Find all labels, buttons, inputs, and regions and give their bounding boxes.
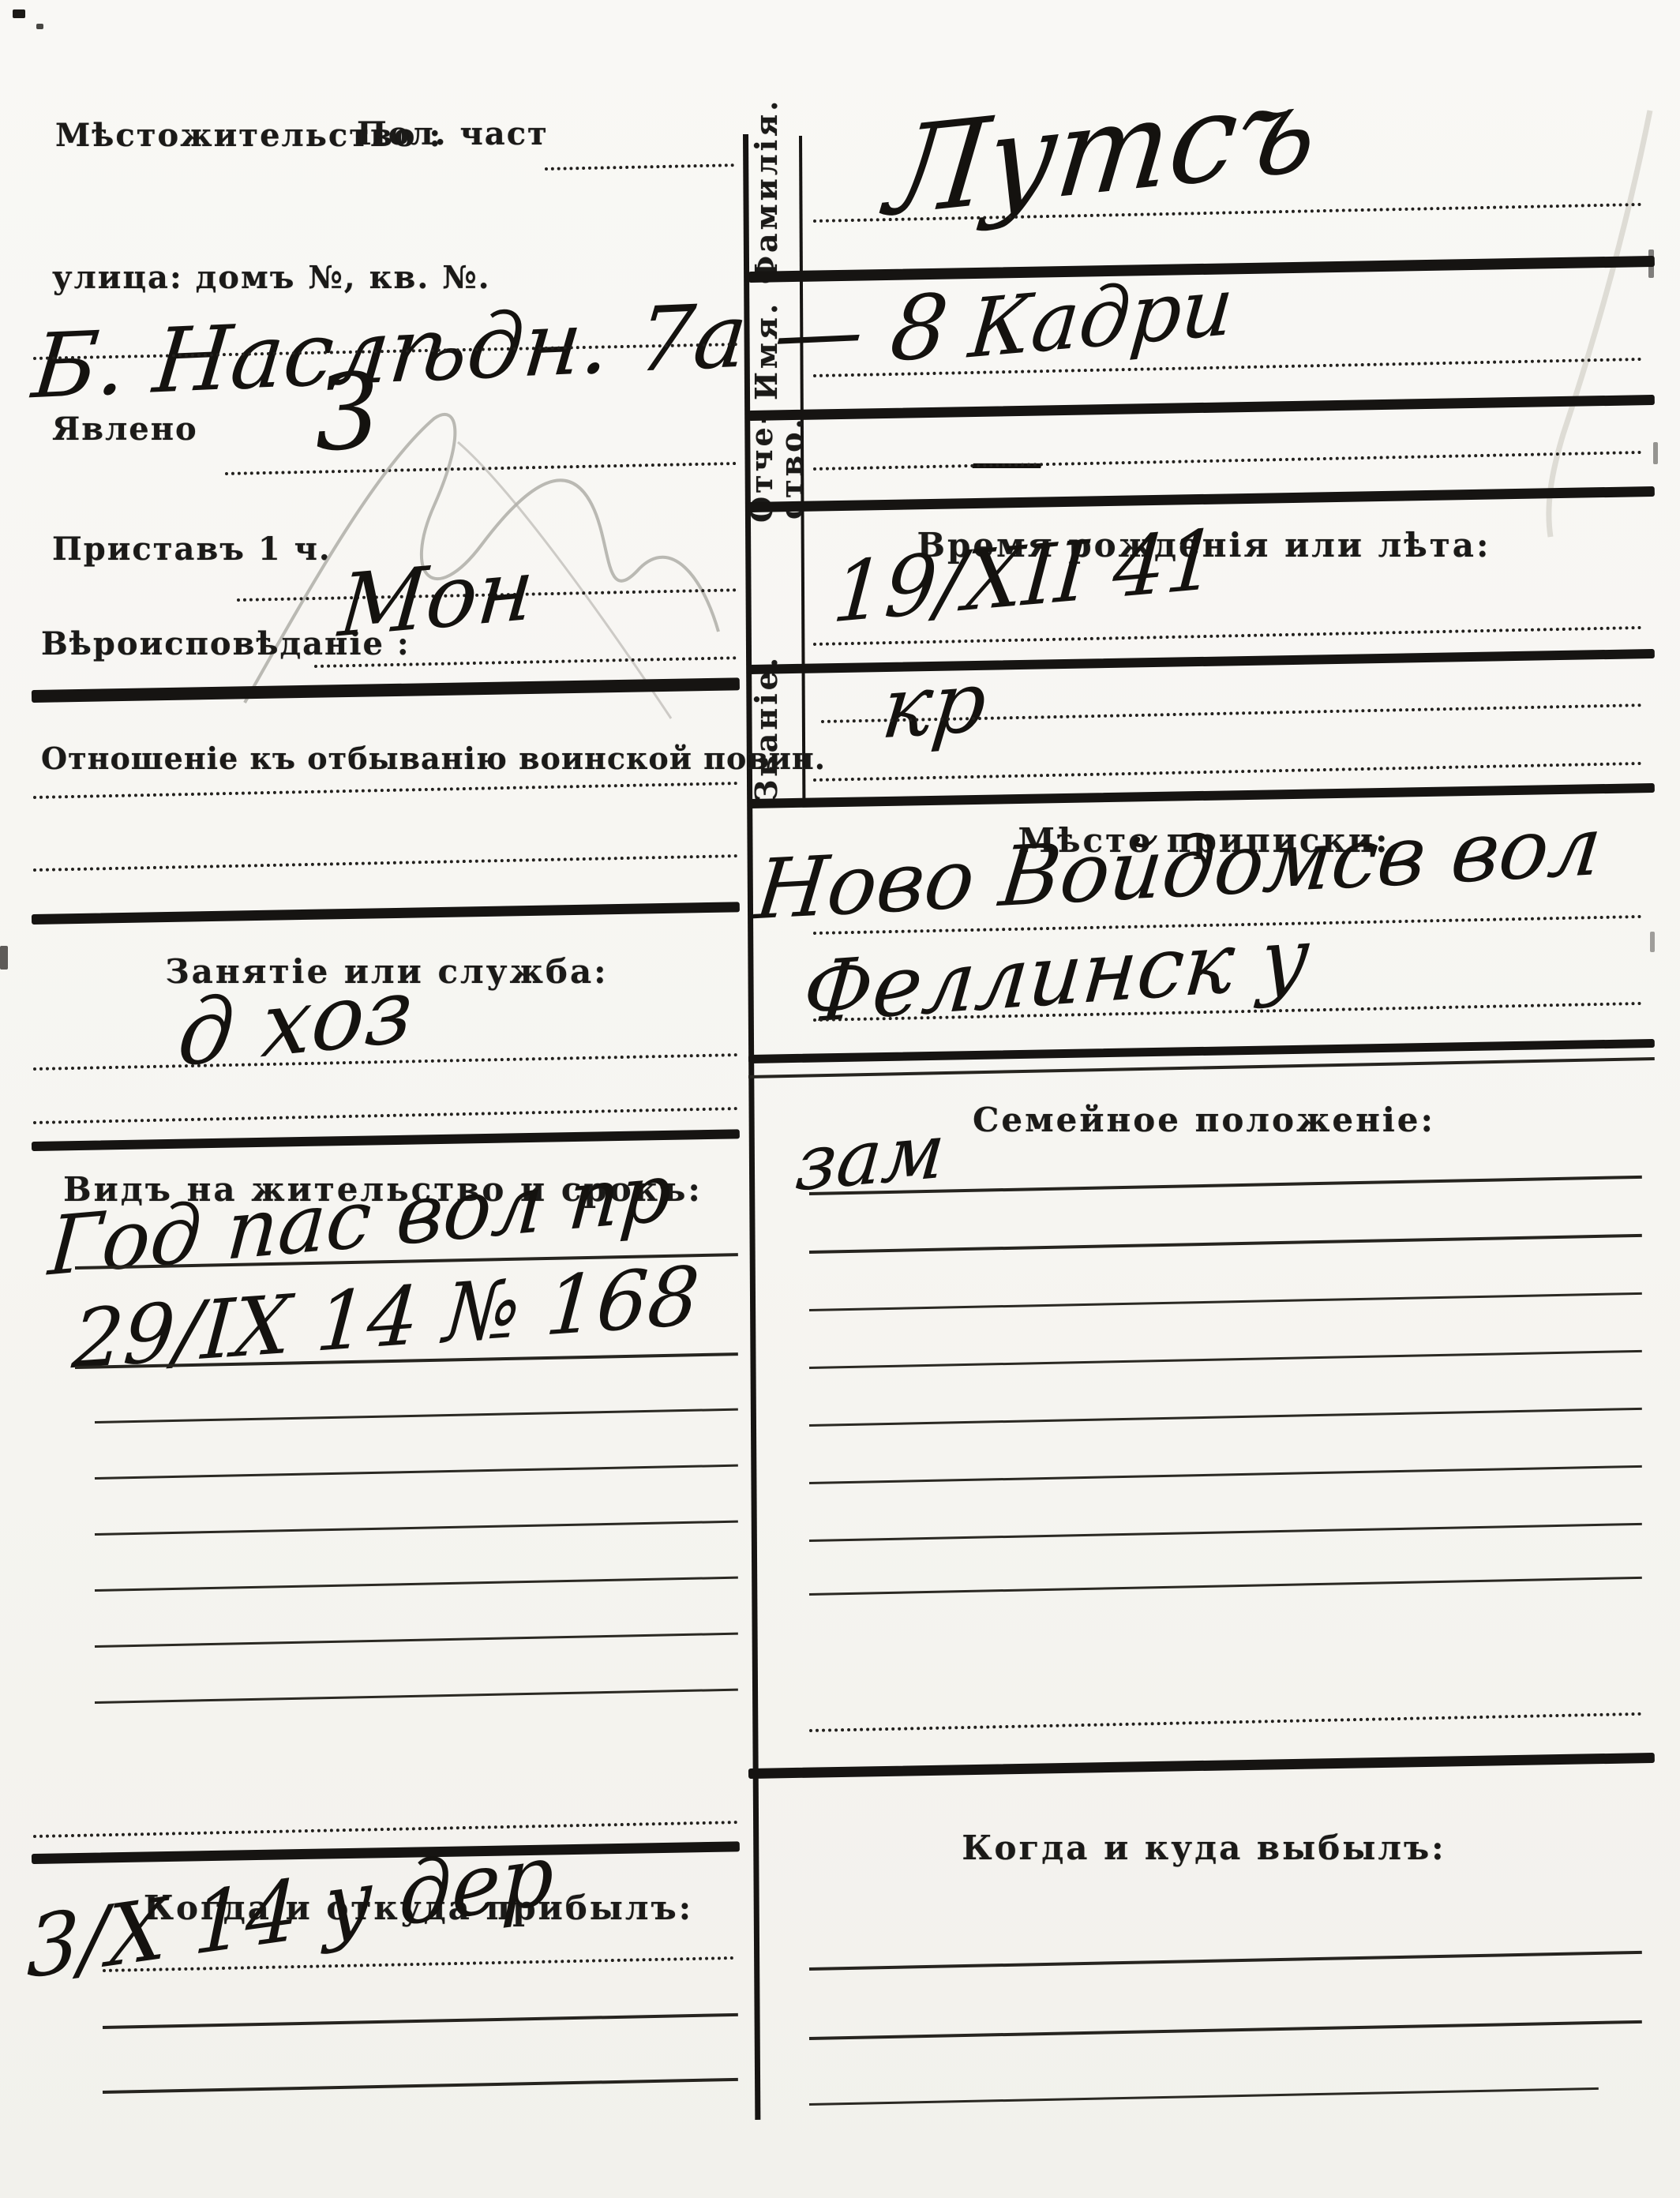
- scan-speck: [0, 946, 8, 970]
- rank-row-label: Званіе.: [748, 671, 784, 801]
- ruled-line: [33, 1821, 738, 1838]
- scan-speck: [36, 24, 43, 29]
- ruled-line: [809, 1577, 1642, 1596]
- military-duty-label: Отношеніе къ отбыванію воинской повин.: [41, 741, 826, 776]
- ruled-line: [103, 2013, 738, 2029]
- ruled-line: [33, 782, 738, 799]
- street-label: улица: домъ №, кв. №.: [52, 259, 491, 296]
- ruled-line: [809, 1408, 1642, 1427]
- ruled-line: [95, 1577, 738, 1592]
- ruled-line: [809, 1465, 1642, 1484]
- ruled-line: [809, 2087, 1599, 2106]
- ruled-line: [95, 1408, 738, 1423]
- section-bar: [748, 1753, 1655, 1779]
- section-bar: [748, 649, 1655, 674]
- rank-handwriting: кр: [877, 652, 991, 757]
- ruled-line: [95, 1689, 738, 1704]
- declared-label: Явлено: [52, 411, 198, 448]
- ruled-line: [95, 1465, 738, 1480]
- ruled-line: [809, 1712, 1642, 1732]
- registration-card-scan: Мѣстожительство : Пол. част улица: домъ …: [0, 0, 1680, 2198]
- ruled-line: [95, 1521, 738, 1536]
- ruled-line: [809, 2020, 1642, 2040]
- ruled-line: [33, 854, 738, 872]
- residence-dotted-line: [545, 163, 734, 171]
- ruled-line: [809, 1951, 1642, 1971]
- ruled-line: [813, 451, 1642, 471]
- paper-crease: [1532, 103, 1674, 545]
- ruled-line: [33, 1107, 738, 1124]
- section-bar: [748, 395, 1655, 421]
- patronymic-handwriting: —: [969, 417, 1044, 504]
- section-bar: [32, 1129, 740, 1151]
- ruled-line: [809, 1234, 1642, 1254]
- ruled-line: [95, 1633, 738, 1648]
- scan-edge-mark: [1650, 932, 1655, 952]
- section-bar: [32, 902, 740, 925]
- scan-speck: [13, 9, 25, 18]
- ruled-line: [809, 1292, 1642, 1311]
- ruled-line: [813, 762, 1642, 782]
- surname-row-label: Фамилія.: [748, 142, 784, 284]
- departure-header: Когда и куда выбылъ:: [750, 1829, 1658, 1867]
- section-bar: [748, 486, 1655, 512]
- residence-field-label: Пол. част: [357, 115, 549, 152]
- ruled-line: [103, 2078, 738, 2094]
- firstname-row-label: Имя.: [748, 302, 784, 400]
- ruled-line: [809, 1350, 1642, 1369]
- religion-value-handwriting: Мон: [335, 540, 538, 657]
- ruled-line: [809, 1523, 1642, 1542]
